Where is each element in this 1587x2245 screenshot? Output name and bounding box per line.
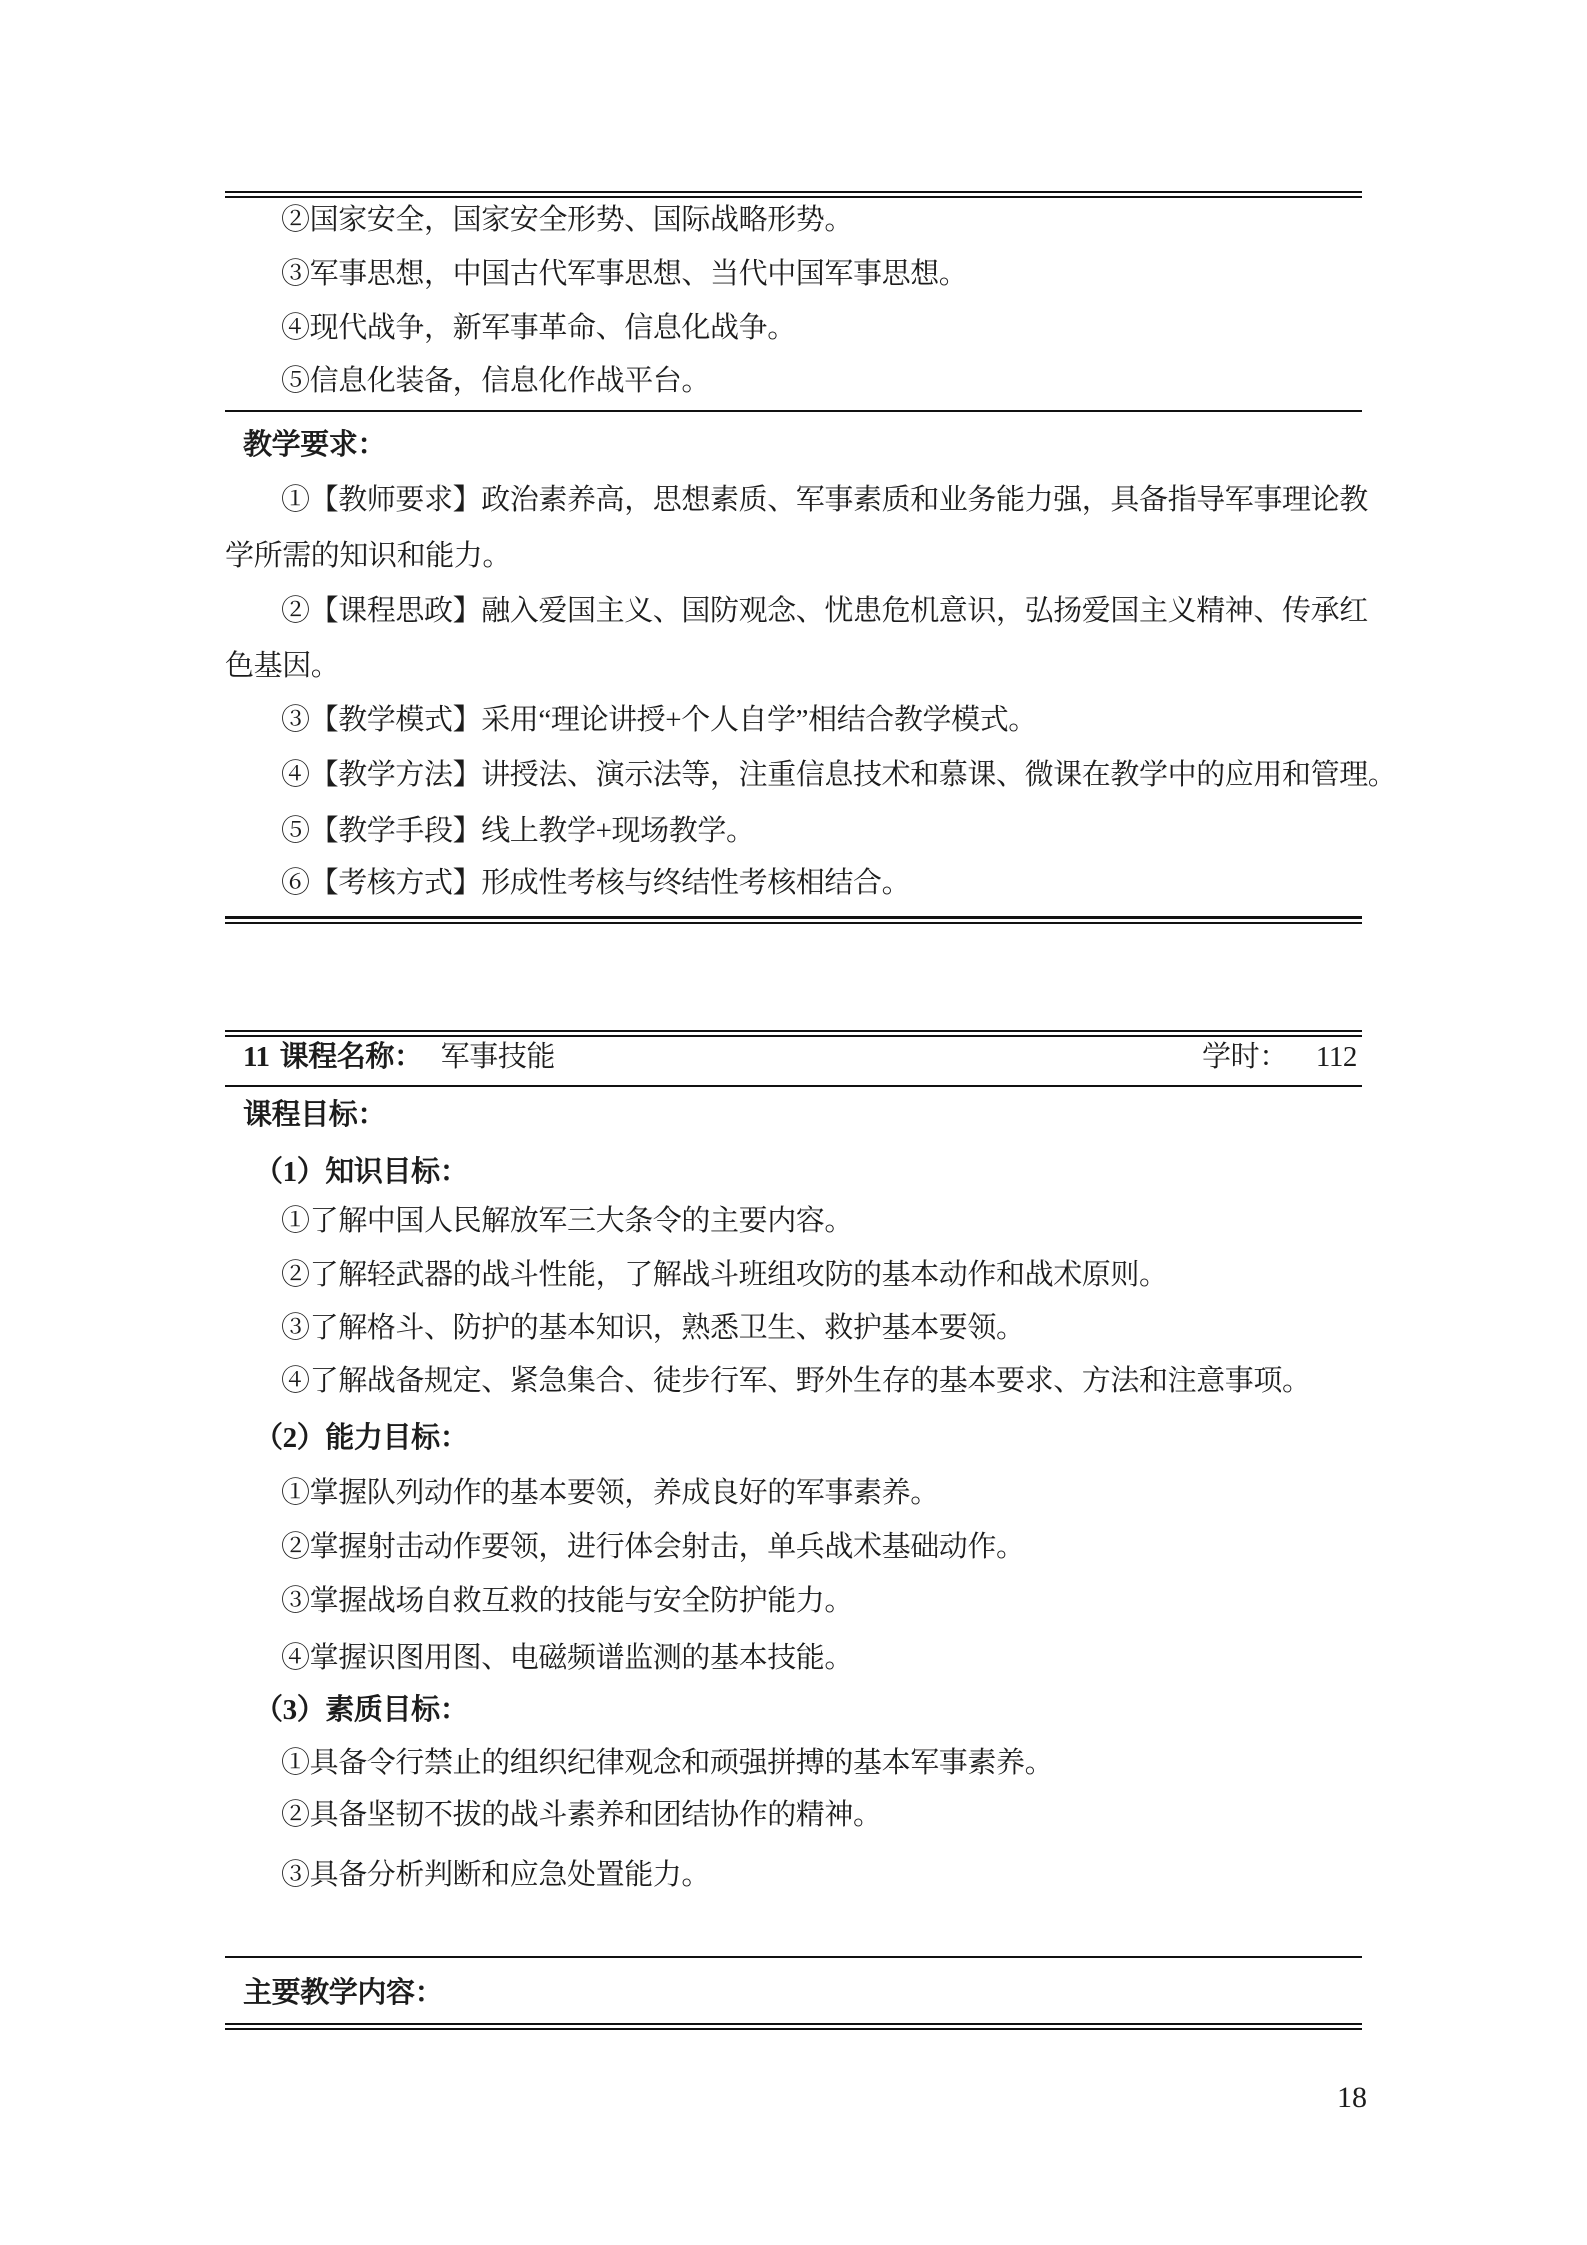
goal-item: ②了解轻武器的战斗性能，了解战斗班组攻防的基本动作和战术原则。 [281,1260,1168,1291]
ability-goals-title: （2）能力目标： [254,1423,468,1454]
requirement-line-continuation: 学所需的知识和能力。 [225,541,511,572]
goal-item: ②具备坚韧不拔的战斗素养和团结协作的精神。 [281,1800,882,1831]
course-hours-row: 学时：112 [1202,1042,1357,1073]
section-divider-double-top [225,191,1362,198]
course-hours-value: 112 [1316,1042,1357,1073]
requirement-line: ⑥【考核方式】形成性考核与终结性考核相结合。 [281,868,910,899]
course-hours-label: 学时： [1202,1042,1288,1073]
requirement-line: ①【教师要求】政治素养高，思想素质、军事素质和业务能力强，具备指导军事理论教 [281,485,1368,516]
goal-item: ③了解格斗、防护的基本知识，熟悉卫生、救护基本要领。 [281,1313,1025,1344]
main-content-divider [225,1956,1362,1958]
course-number: 11 [243,1042,270,1073]
content-item: ⑤信息化装备，信息化作战平台。 [281,366,710,397]
course-name-label: 课程名称： [280,1042,423,1073]
requirement-line: ④【教学方法】讲授法、演示法等，注重信息技术和慕课、微课在教学中的应用和管理。 [281,760,1396,791]
course-divider-double-top [225,1030,1362,1037]
goal-item: ③具备分析判断和应急处置能力。 [281,1860,710,1891]
content-item: ④现代战争，新军事革命、信息化战争。 [281,313,796,344]
teaching-requirements-header: 教学要求： [243,430,386,461]
goal-item: ①了解中国人民解放军三大条令的主要内容。 [281,1206,853,1237]
goal-item: ①掌握队列动作的基本要领，养成良好的军事素养。 [281,1478,939,1509]
main-content-header: 主要教学内容： [243,1978,443,2009]
section-divider-double-bottom [225,916,1362,924]
page-bottom-divider-double [225,2023,1362,2030]
page-number: 18 [1337,2081,1367,2115]
document-page: ②国家安全，国家安全形势、国际战略形势。 ③军事思想，中国古代军事思想、当代中国… [0,0,1587,2245]
requirement-line: ②【课程思政】融入爱国主义、国防观念、忧患危机意识，弘扬爱国主义精神、传承红 [281,596,1368,627]
goal-item: ②掌握射击动作要领，进行体会射击，单兵战术基础动作。 [281,1532,1025,1563]
quality-goals-title: （3）素质目标： [254,1695,468,1726]
requirement-line: ③【教学模式】采用“理论讲授+个人自学”相结合教学模式。 [281,705,1037,736]
course-goals-header: 课程目标： [243,1100,386,1131]
course-title-row: 11课程名称：军事技能 [243,1042,555,1073]
section-divider-single [225,410,1362,412]
goal-item: ④了解战备规定、紧急集合、徒步行军、野外生存的基本要求、方法和注意事项。 [281,1366,1311,1397]
content-item: ②国家安全，国家安全形势、国际战略形势。 [281,205,853,236]
goal-item: ①具备令行禁止的组织纪律观念和顽强拼搏的基本军事素养。 [281,1748,1053,1779]
course-name: 军事技能 [441,1042,555,1073]
goal-item: ④掌握识图用图、电磁频谱监测的基本技能。 [281,1643,853,1674]
content-item: ③军事思想，中国古代军事思想、当代中国军事思想。 [281,259,967,290]
goal-item: ③掌握战场自救互救的技能与安全防护能力。 [281,1586,853,1617]
requirement-line: ⑤【教学手段】线上教学+现场教学。 [281,816,755,847]
knowledge-goals-title: （1）知识目标： [254,1157,468,1188]
requirement-line-continuation: 色基因。 [225,651,339,682]
course-header-divider [225,1085,1362,1087]
